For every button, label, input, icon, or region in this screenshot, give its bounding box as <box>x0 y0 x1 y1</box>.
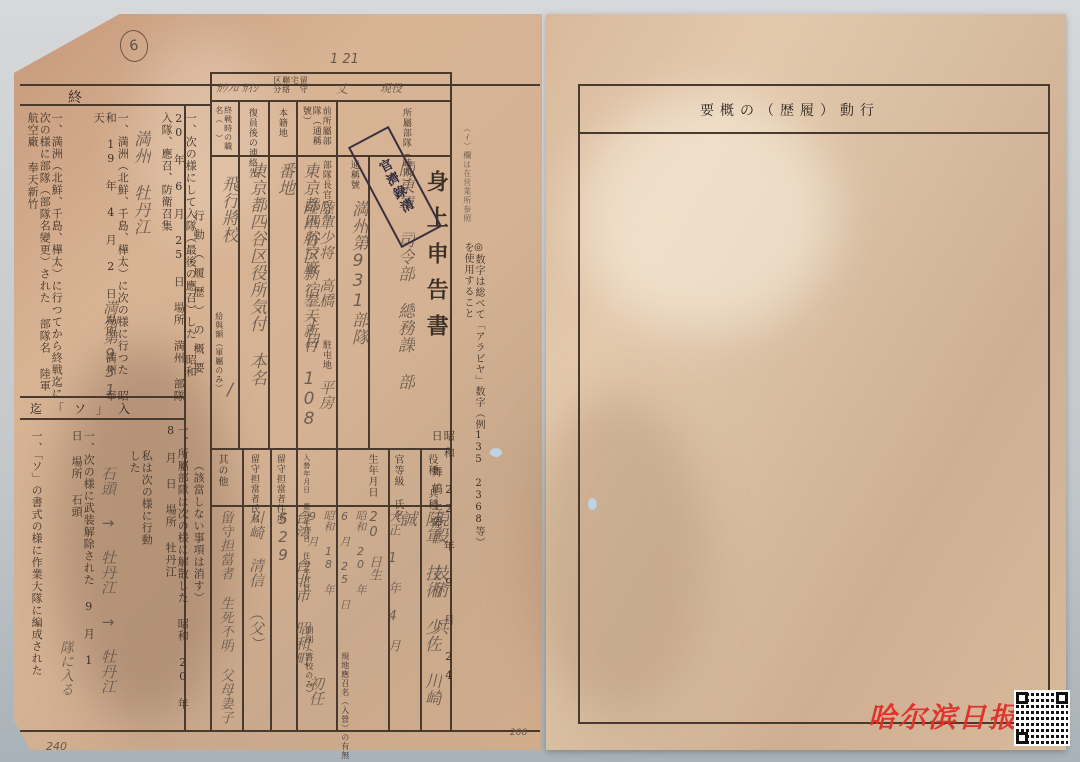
right-page <box>546 14 1066 750</box>
top-table-handwriting: ｶｳﾌﾛ ｶｲｼ <box>216 80 258 96</box>
top-number: 1 21 <box>330 52 359 67</box>
paper-hole <box>588 498 597 510</box>
field-value-contact[interactable]: 東京都四谷区役所気付 本名 <box>244 162 269 442</box>
activity-note: （該當しない事項は消す） <box>192 460 204 660</box>
end-line-2-handwriting: 満州第931 <box>100 300 121 399</box>
end-line-1-handwriting: 満州 牡丹江 <box>128 130 153 235</box>
end-line-3: 一、満洲（北鮮、千島、樺太）に行つてから終戦迄に次の様に部隊（部隊名變更）された… <box>26 112 62 402</box>
publisher-logo: 哈尔滨日报 <box>868 696 1018 736</box>
paper-hole <box>490 448 502 457</box>
right-page-title: 要概の（歴履）動行 <box>700 100 880 120</box>
qr-code-icon[interactable] <box>1014 690 1070 746</box>
field-value-code[interactable]: 満州第931部隊 <box>346 200 371 440</box>
field-value-guardian-address[interactable]: 台湾 台北市 昭和町 529 <box>274 510 313 720</box>
date-label: 昭和 22 年 9 月 24 日 舞鶴上陸 <box>430 430 454 720</box>
field-value-other[interactable]: 留守担當者 生死不明 父母妻子 <box>216 510 236 730</box>
field-value-birthdate[interactable]: 大正 1 年 4 月 20 日生 <box>364 510 402 660</box>
entry-line-4-handwriting: 隊に入る <box>56 640 76 696</box>
end-line-1: 一、次の様にして入隊（最後の應召）した 昭和 20 年 6 月 25 日 場所 … <box>160 112 196 402</box>
field-label-domicile: 本籍地 <box>276 108 286 138</box>
page-number-right: 206 <box>510 728 527 738</box>
activity-header: 行動（履歴）の概要 <box>192 210 204 430</box>
field-value-domicile[interactable]: 東京都四谷区新宿一丁目 108番地 <box>272 162 322 442</box>
field-value-salary[interactable]: / <box>220 380 240 400</box>
field-label-other: 其の他 <box>216 454 227 487</box>
field-label-birthdate: 生年月日 <box>366 454 377 498</box>
entry-line-4: 一、「ソ」の書式の様に作業大隊に編成された <box>30 430 42 690</box>
entry-line-2-handwriting: 石頭 → 牡丹江 → 牡丹江 <box>98 466 119 694</box>
entry-line-1: 一、所屬部隊は次の様に解散した 昭和 20 年 8 月 日 場所 牡丹江 <box>164 424 188 724</box>
top-note: （ｲ）欄は在営業所参照 <box>462 124 471 223</box>
field-value-enlist-dates[interactable]: 昭和 20 年 6 月 25 日 昭和 18 年 9 月 <box>304 510 368 620</box>
form-title: 身上申告書 <box>424 170 448 350</box>
top-table-label: 留守宅 聯絡 区分 <box>272 76 307 100</box>
entry-line-2: 私は次の様に行動した <box>128 450 152 550</box>
field-label-position: 終戦時の職名（ ） <box>214 106 232 152</box>
field-value-position[interactable]: 飛行將校 <box>216 175 241 243</box>
field-label-previous-unit: 前所屬部隊（通稱號） <box>300 106 330 154</box>
field-label-local-draft: 現地應召名（入營）の有無 <box>340 652 349 760</box>
top-table-col-handwriting: 現役 <box>380 80 402 96</box>
end-section-header: 終 <box>68 87 88 107</box>
entry-section-header: 迄「ソ」入 <box>30 400 140 417</box>
field-value-guardian-name[interactable]: 川崎 清信 （父） <box>246 510 267 720</box>
entry-line-3: 一、次の様に武装解除された 9 月 1 日 場所 石頭 <box>70 430 94 670</box>
page-number-left: 240 <box>46 740 67 753</box>
top-table-col-label: 丈 <box>336 80 348 97</box>
instruction-note: ◎数字は総べて「アラビヤ」数字（例135 2368等）を使用すること <box>462 242 484 552</box>
